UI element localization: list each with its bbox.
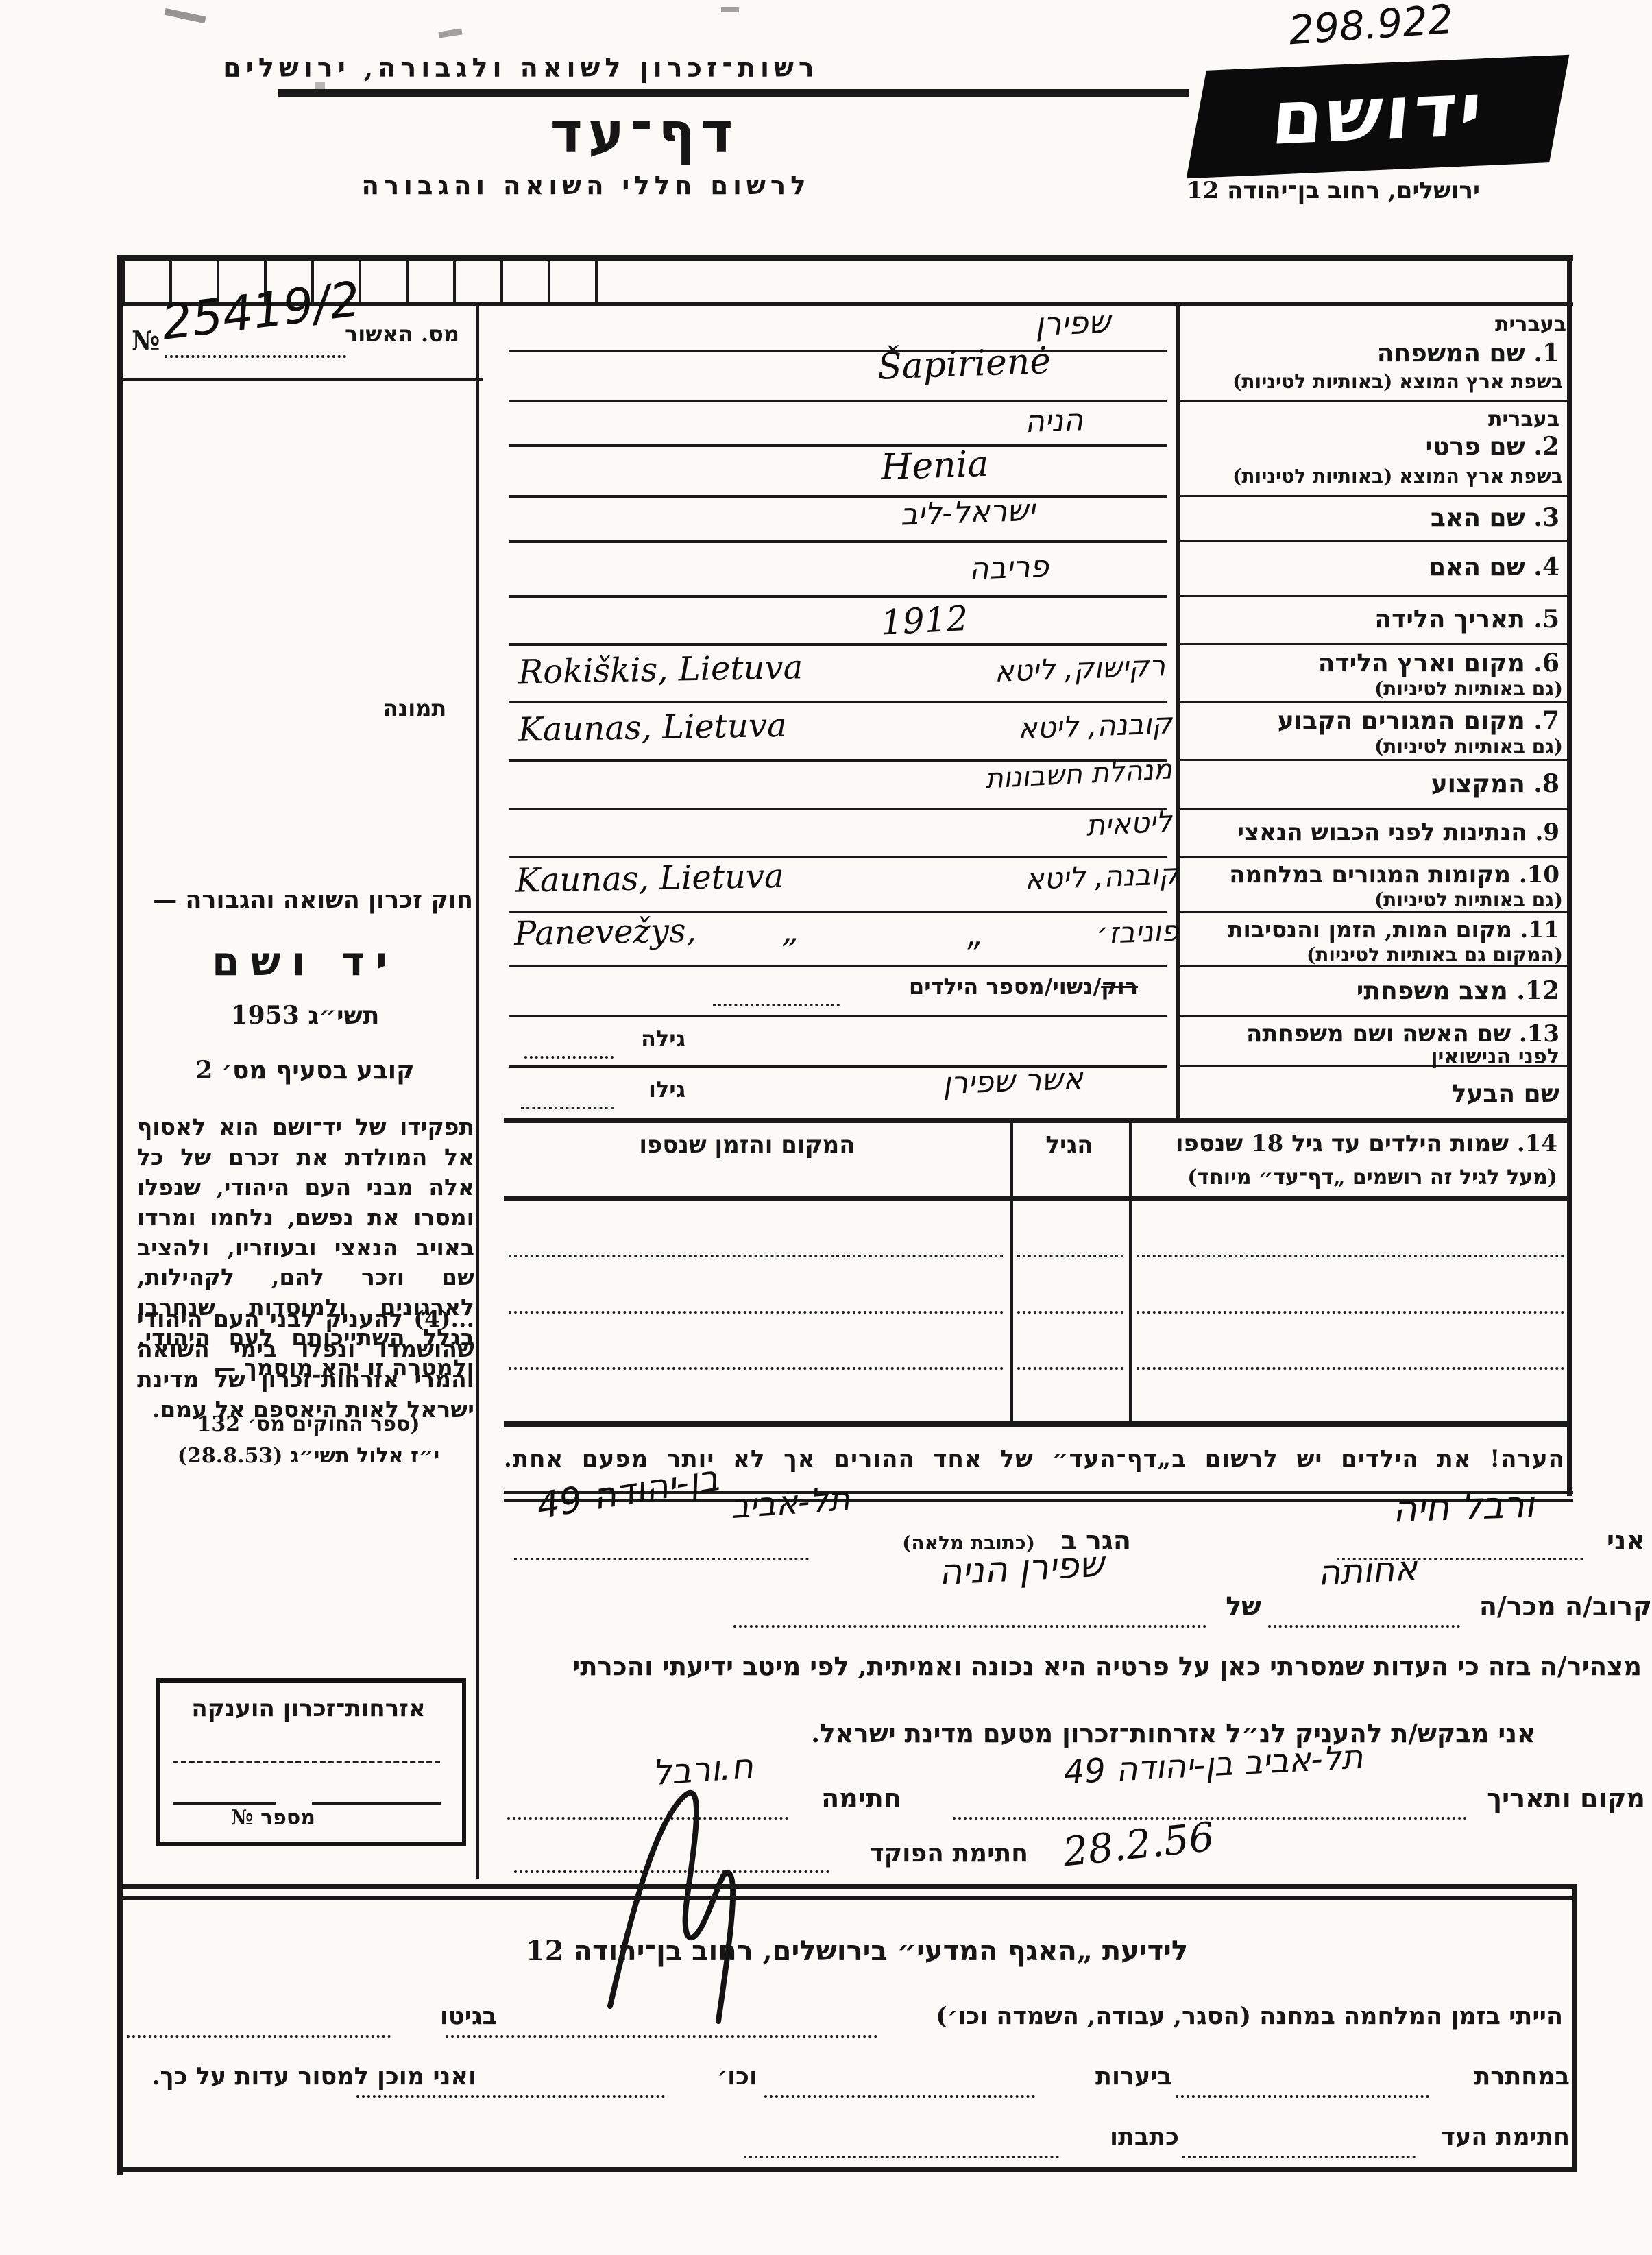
decl-of-label: של: [1213, 1591, 1261, 1621]
husband-age-blank: [521, 1079, 614, 1109]
logo-text: ידושם: [1268, 58, 1488, 171]
field-4-label: 4. שם האם: [1182, 553, 1559, 581]
field-11-sublabel: (המקום גם באותיות לטיניות): [1182, 943, 1563, 966]
children-col-names: 14. שמות הילדים עד גיל 18 שנספו: [1138, 1130, 1557, 1157]
field-5-number: 5.: [1533, 605, 1559, 634]
label-sep: [1180, 759, 1567, 761]
entry-residence-latin: Kaunas, Lietuva: [518, 704, 889, 749]
field-14-number: 14.: [1517, 1130, 1557, 1157]
children-table-header-rule: [504, 1196, 1572, 1201]
decl-victim-blank: [733, 1593, 1206, 1628]
catalog-number-handwritten: 298.922: [1287, 0, 1496, 53]
children-col-names-text: שמות הילדים עד גיל 18 שנספו: [1176, 1130, 1509, 1157]
citizenship-box-line-a: [173, 1802, 276, 1805]
form-subtitle: לרשום חללי השואה והגבורה: [308, 170, 864, 200]
children-row-blank: [1017, 1340, 1123, 1370]
field-9-label-text: הנתינות לפני הכבוש הנאצי: [1237, 819, 1527, 846]
label-sep: [1180, 595, 1567, 597]
field-8-label-text: המקצוע: [1431, 769, 1525, 798]
entry-death-place-latin-ditto: „: [781, 912, 823, 950]
field-12-label: 12. מצב משפחתי: [1182, 976, 1559, 1005]
field-8-number: 8.: [1533, 769, 1559, 798]
decl-i-label: אני: [1590, 1525, 1645, 1556]
decl-address-blank: [514, 1526, 809, 1560]
field-5-label: 5. תאריך הלידה: [1182, 605, 1559, 634]
field-10-sublabel: (גם באותיות לטיניות): [1182, 889, 1563, 911]
decl-statement: מצהיר/ה בזה כי העדות שמסרתי כאן על פרטיה…: [507, 1651, 1642, 1681]
children-col-age: הגיל: [1021, 1131, 1117, 1159]
bottom-ready-label: ואני מוכן למסור עדות על כך.: [127, 2062, 476, 2090]
field-1-number: 1.: [1533, 339, 1559, 367]
label-sep: [1180, 808, 1567, 810]
children-row-blank: [509, 1340, 1004, 1370]
field-13-label: 13. שם האשה ושם משפחתה: [1182, 1020, 1559, 1048]
field-10-label: 10. מקומות המגורים במלחמה: [1182, 861, 1559, 889]
law-year: תשי״ג 1953: [185, 1001, 425, 1030]
bottom-box-top-b: [117, 1896, 1577, 1900]
strip-cell: [453, 258, 500, 302]
entry-father-name: ישראל-ליב: [829, 493, 1036, 535]
bottom-his-address-label: כתבתו: [1066, 2123, 1179, 2151]
label-sep: [1180, 856, 1567, 858]
children-row-blank: [1137, 1227, 1564, 1257]
entry-firstname-latin: Henia: [880, 442, 1046, 488]
bottom-box-right: [1572, 1884, 1577, 2172]
entry-birthplace-hebrew: רקישוק, ליטא: [938, 649, 1166, 690]
entry-death-place-hebrew: פוניבז׳: [1055, 914, 1180, 952]
bottom-witness-sig-label: חתימת העד: [1419, 2123, 1570, 2151]
decl-relation-blank: [1268, 1593, 1460, 1628]
form-border-right: [1567, 255, 1572, 1496]
field-3-number: 3.: [1533, 503, 1559, 532]
field-2-label: 2. שם פרטי: [1182, 432, 1559, 461]
citizenship-number-label: מספר: [260, 1806, 315, 1830]
entry-war-residence-hebrew: קובנה, ליטא: [945, 857, 1180, 899]
citizenship-box-title: אזרחות־זכרון הוענקה: [165, 1695, 452, 1722]
children-row-blank: [1017, 1283, 1123, 1314]
children-col-place: המקום והזמן שנספו: [542, 1131, 953, 1159]
children-table-vline-b: [1129, 1120, 1132, 1425]
strip-cell: [548, 258, 595, 302]
children-table-top: [504, 1118, 1572, 1123]
entry-line: [509, 495, 1167, 498]
field-2-toplabel: בעברית: [1182, 407, 1559, 431]
children-table-bottom: [504, 1421, 1572, 1427]
wife-age-blank: [524, 1028, 614, 1059]
bottom-box-top-a: [117, 1884, 1577, 1889]
label-sep: [1180, 400, 1567, 402]
field-11-number: 11.: [1520, 916, 1559, 943]
scan-speck: [721, 7, 739, 12]
label-sep: [1180, 495, 1567, 497]
bottom-box-bottom: [117, 2167, 1577, 2172]
yad-vashem-logo: ידושם: [1187, 55, 1570, 179]
entry-line: [509, 540, 1167, 543]
decl-name-handwritten: ורבל חיה: [1336, 1481, 1591, 1533]
entry-residence-hebrew: קובנה, ליטא: [945, 706, 1173, 747]
clerk-signature-flourish: [583, 1780, 802, 2034]
field-4-number: 4.: [1533, 553, 1559, 581]
entry-birthplace-latin: Rokiškis, Lietuva: [518, 647, 875, 691]
bottom-title: לידיעת „האגף המדעי״ בירושלים, רחוב בן־יה…: [411, 1935, 1302, 1967]
bottom-line1-blank: [446, 2006, 877, 2038]
field-9-label: 9. הנתינות לפני הכבוש הנאצי: [1182, 819, 1559, 846]
label-sep: [1180, 701, 1567, 703]
entry-line: [509, 701, 1167, 703]
entry-war-residence-latin: Kaunas, Lietuva: [515, 855, 886, 900]
field-6-label: 6. מקום וארץ הלידה: [1182, 649, 1559, 677]
bottom-underground-label: במחתרת: [1433, 2062, 1570, 2090]
photo-caption: תמונה: [370, 695, 459, 721]
children-row-blank: [509, 1283, 1004, 1314]
bottom-etc-label: וכו׳: [675, 2062, 757, 2090]
field-10-number: 10.: [1519, 861, 1559, 889]
field-4-label-text: שם האם: [1429, 553, 1525, 581]
entry-line: [509, 444, 1167, 447]
law-ref-1: (ספר החוקים מס׳ 132: [175, 1412, 442, 1436]
children-col-names-sub: (מעל לגיל זה רושמים „דף־עד״ מיוחד): [1138, 1166, 1557, 1190]
marital-status-options: רוק/נשוי/מספר הילדים: [843, 974, 1138, 1000]
entry-surname-latin: Šapirienė: [877, 339, 1097, 387]
husband-label: שם הבעל: [1182, 1079, 1559, 1108]
scan-speck: [439, 28, 463, 38]
bottom-forests-label: ביערות: [1042, 2062, 1172, 2090]
form-title: דף־עד: [528, 100, 761, 165]
field-1-sublabel: בשפת ארץ המוצא (באותיות לטיניות): [1182, 370, 1563, 393]
children-row-blank: [509, 1227, 1004, 1257]
field-13-number: 13.: [1519, 1020, 1559, 1048]
entry-line: [509, 965, 1167, 967]
entry-death-place-hebrew-ditto: „: [949, 916, 984, 953]
bottom-ghetto-label: בגיטו: [394, 2002, 497, 2030]
field-10-label-text: מקומות המגורים במלחמה: [1229, 861, 1511, 889]
law-clause: קובע בסעיף מס׳ 2: [171, 1056, 439, 1085]
children-row-blank: [1137, 1283, 1564, 1314]
field-6-sublabel: (גם באותיות לטיניות): [1182, 677, 1563, 700]
field-7-label-text: מקום המגורים הקבוע: [1278, 706, 1525, 735]
entry-husband-name: אשר שפירן: [849, 1061, 1084, 1105]
decl-relation-handwritten: אחותה: [1274, 1546, 1461, 1595]
children-row-blank: [1017, 1227, 1123, 1257]
field-2-label-text: שם פרטי: [1426, 432, 1525, 461]
field-12-label-text: מצב משפחתי: [1357, 976, 1508, 1005]
citizenship-box-blank: [173, 1733, 440, 1763]
children-row-blank: [1137, 1340, 1564, 1370]
scan-speck: [165, 8, 206, 23]
citizenship-no-symbol: №: [231, 1806, 254, 1830]
entry-line: [509, 643, 1167, 646]
decl-relative-label: קרוב/ה מכר/ה: [1467, 1591, 1652, 1621]
field-13-sublabel: לפני הנישואין: [1182, 1045, 1559, 1069]
strip-cell: [500, 258, 548, 302]
field-2-sublabel: בשפת ארץ המוצא (באותיות לטיניות): [1182, 465, 1563, 487]
bottom-underground-blank: [1176, 2066, 1429, 2098]
logo-address: ירושלים, רחוב בן־יהודה 12: [1158, 177, 1508, 204]
decl-place-date-label: מקום ותאריך: [1474, 1783, 1645, 1813]
testimony-page-scan: 298.922 רשות־זכרון לשואה ולגבורה, ירושלי…: [0, 0, 1652, 2255]
strip-cell: [406, 258, 453, 302]
bottom-line1-label: הייתי בזמן המלחמה במחנה (הסגר, עבודה, הש…: [884, 2002, 1563, 2030]
field-5-label-text: תאריך הלידה: [1374, 605, 1525, 634]
husband-age-label: גילו: [617, 1076, 685, 1102]
citizenship-box-number: מספר №: [192, 1806, 315, 1830]
law-paragraph-2: ...(4) להעניק לבני העם היהודי שהושמדו ונ…: [137, 1304, 474, 1425]
field-7-label: 7. מקום המגורים הקבוע: [1182, 706, 1559, 735]
labels-divider: [1176, 302, 1180, 1122]
approval-underline: [117, 378, 483, 381]
field-7-sublabel: (גם באותיות לטיניות): [1182, 735, 1563, 758]
label-sep: [1180, 540, 1567, 542]
law-heading: חוק זכרון השואה והגבורה —: [141, 886, 473, 914]
law-name: יד ושם: [185, 938, 425, 985]
entry-birth-year: 1912: [880, 596, 1026, 643]
field-9-number: 9.: [1535, 819, 1559, 846]
entry-line: [509, 595, 1167, 598]
status-bachelor-struck: רוק: [1101, 974, 1138, 1000]
entry-mother-name: פריבה: [918, 549, 1049, 589]
bottom-forests-blank: [764, 2066, 1035, 2098]
field-3-label: 3. שם האב: [1182, 503, 1559, 532]
children-table-vline-a: [1010, 1120, 1013, 1425]
decl-signature-label: חתימה: [799, 1783, 901, 1813]
bottom-witness-sig-blank: [1182, 2127, 1416, 2158]
wife-age-label: גילה: [617, 1026, 685, 1052]
field-1-label-text: שם המשפחה: [1377, 339, 1525, 367]
field-7-number: 7.: [1533, 706, 1559, 735]
field-13-label-text: שם האשה ושם משפחתה: [1246, 1020, 1511, 1048]
label-sep: [1180, 1015, 1567, 1017]
field-11-label-text: מקום המות, הזמן והנסיבות: [1228, 916, 1512, 943]
field-1-toplabel: בעברית: [1182, 313, 1566, 337]
field-8-label: 8. המקצוע: [1182, 769, 1559, 798]
entry-citizenship: ליטאית: [993, 804, 1173, 847]
status-rest: /נשוי/מספר הילדים: [909, 974, 1101, 1000]
law-ref-2: י״ז אלול תשי״ג (28.8.53): [165, 1444, 452, 1468]
bottom-his-address-blank: [744, 2127, 1059, 2158]
field-2-number: 2.: [1533, 432, 1559, 461]
field-11-label: 11. מקום המות, הזמן והנסיבות: [1182, 916, 1559, 943]
bottom-ghetto-blank: [127, 2006, 391, 2038]
entry-line: [509, 400, 1167, 402]
entry-line: [509, 1015, 1167, 1017]
field-3-label-text: שם האב: [1431, 503, 1525, 532]
entry-firstname-hebrew: הניה: [973, 402, 1084, 442]
marital-status-blank: [713, 976, 840, 1006]
header-rule: [278, 89, 1189, 97]
label-sep: [1180, 643, 1567, 645]
field-6-label-text: מקום וארץ הלידה: [1318, 649, 1525, 677]
field-6-number: 6.: [1533, 649, 1559, 677]
field-1-label: 1. שם המשפחה: [1182, 339, 1559, 367]
sidebar-divider: [476, 302, 479, 1879]
field-12-number: 12.: [1516, 976, 1559, 1005]
citizenship-box-line-b: [312, 1802, 441, 1805]
authority-name: רשות־זכרון לשואה ולגבורה, ירושלים: [202, 52, 840, 83]
clerk-signature-label: חתימת הפוקד: [843, 1839, 1028, 1868]
